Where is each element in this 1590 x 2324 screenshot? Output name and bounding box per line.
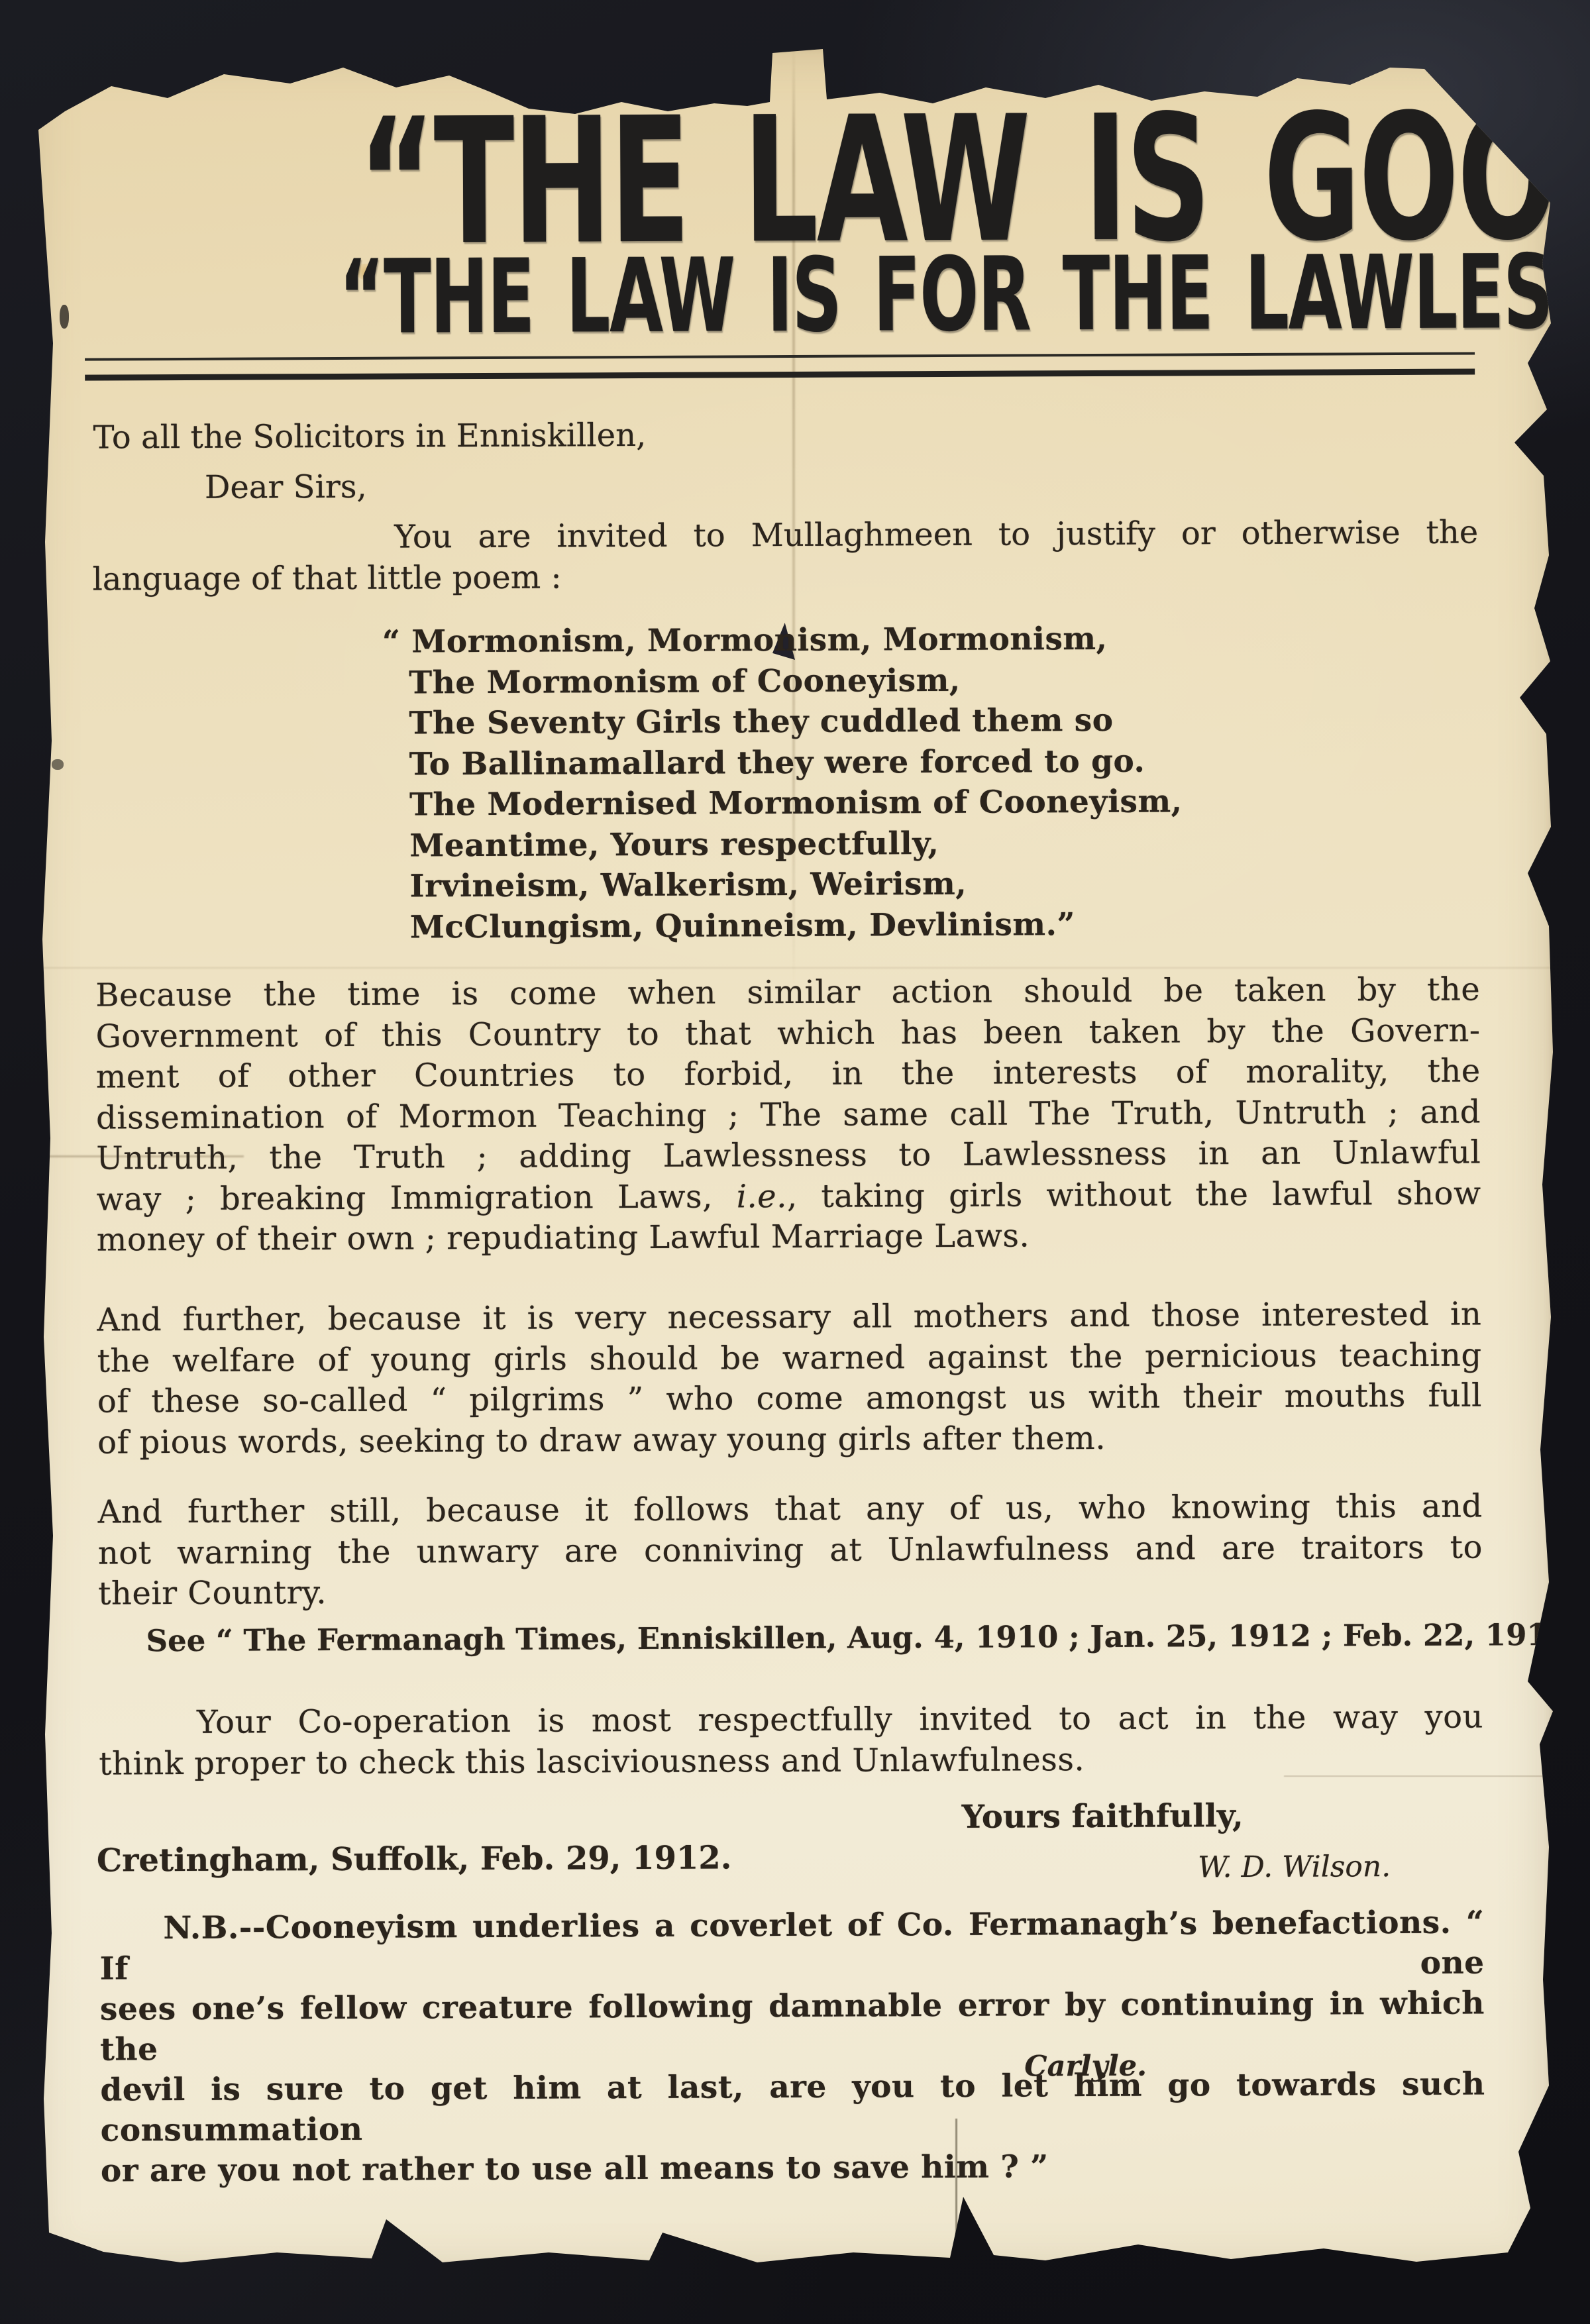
paragraph-line: Because the time is come when similar ac… [95,969,1480,1016]
body-paragraph-2: And further, because it is very necessar… [97,1294,1482,1463]
paragraph-line: think proper to check this lasciviousnes… [99,1738,1483,1785]
poem-line: McClungism, Quinneism, Devlinism.” [410,904,1183,948]
closing-signature: W. D. Wilson. [1198,1850,1391,1884]
poem-line: Irvineism, Walkerism, Weirism, [409,863,1183,907]
double-rule-divider [85,352,1475,380]
paragraph-line: the welfare of young girls should be war… [97,1335,1482,1382]
paragraph-line: devil is sure to get him at last, are yo… [100,2064,1485,2150]
headline-line-2-text: “THE LAW IS FOR THE LAWLESS.” [339,241,1590,349]
broadside-paper: “THE LAW IS GOOD.” “THE LAW IS FOR THE L… [25,45,1554,2279]
paragraph-line: And further, because it is very necessar… [97,1294,1481,1341]
paragraph-line: of pious words, seeking to draw away you… [97,1416,1482,1463]
cooperation-paragraph: Your Co-operation is most respectfully i… [99,1697,1484,1784]
poem-line: Meantime, Yours respectfully, [409,822,1183,867]
paragraph-line: Untruth, the Truth ; adding Lawlessness … [96,1132,1481,1179]
reference-line: See “ The Fermanagh Times, Enniskillen, … [146,1617,1579,1658]
invitation-line-2: language of that little poem : [92,559,561,598]
paragraph-line: ment of other Countries to forbid, in th… [96,1051,1481,1098]
scan-background: “THE LAW IS GOOD.” “THE LAW IS FOR THE L… [0,0,1590,2324]
paragraph-line: their Country. [98,1567,1483,1614]
headline-line-2: “THE LAW IS FOR THE LAWLESS.” [26,242,1555,350]
salutation-to: To all the Solicitors in Enniskillen, [93,417,646,456]
body-paragraph-3: And further still, because it follows th… [98,1486,1483,1614]
closing-yours: Yours faithfully, [962,1797,1244,1836]
body-paragraph-1: Because the time is come when similar ac… [95,969,1481,1261]
nb-signature: Carlyle. [1024,2050,1147,2084]
paragraph-line: Your Co-operation is most respectfully i… [99,1697,1483,1744]
paragraph-line: dissemination of Mormon Teaching ; The s… [96,1092,1481,1139]
poem-line: “ Mormonism, Mormonism, Mormonism, [409,618,1182,662]
poem-line: The Modernised Mormonism of Cooneyism, [409,781,1183,825]
nb-paragraph: N.B.--Cooneyism underlies a coverlet of … [99,1902,1485,2191]
printed-content: “THE LAW IS GOOD.” “THE LAW IS FOR THE L… [25,42,1563,2282]
invitation-line: You are invited to Mullaghmeen to justif… [394,513,1478,555]
paragraph-line: way ; breaking Immigration Laws, i.e., t… [96,1173,1481,1220]
paragraph-line: Government of this Country to that which… [95,1010,1480,1057]
paragraph-line: or are you not rather to use all means t… [101,2144,1485,2191]
salutation-dear: Dear Sirs, [205,468,367,506]
poem: “ Mormonism, Mormonism, Mormonism, The M… [409,618,1183,947]
paragraph-line: N.B.--Cooneyism underlies a coverlet of … [99,1902,1485,1989]
poem-line: The Mormonism of Cooneyism, [409,659,1182,704]
paragraph-line: not warning the unwary are conniving at … [98,1527,1483,1574]
poem-line: The Seventy Girls they cuddled them so [409,700,1182,744]
poem-line: To Ballinamallard they were forced to go… [409,741,1183,785]
paragraph-line: money of their own ; repudiating Lawful … [97,1214,1481,1261]
paragraph-line: sees one’s fellow creature following dam… [100,1983,1485,2070]
paragraph-line: And further still, because it follows th… [98,1486,1483,1533]
closing-dateline: Cretingham, Suffolk, Feb. 29, 1912. [97,1839,732,1879]
paragraph-line: of these so-called “ pilgrims ” who come… [97,1375,1482,1422]
